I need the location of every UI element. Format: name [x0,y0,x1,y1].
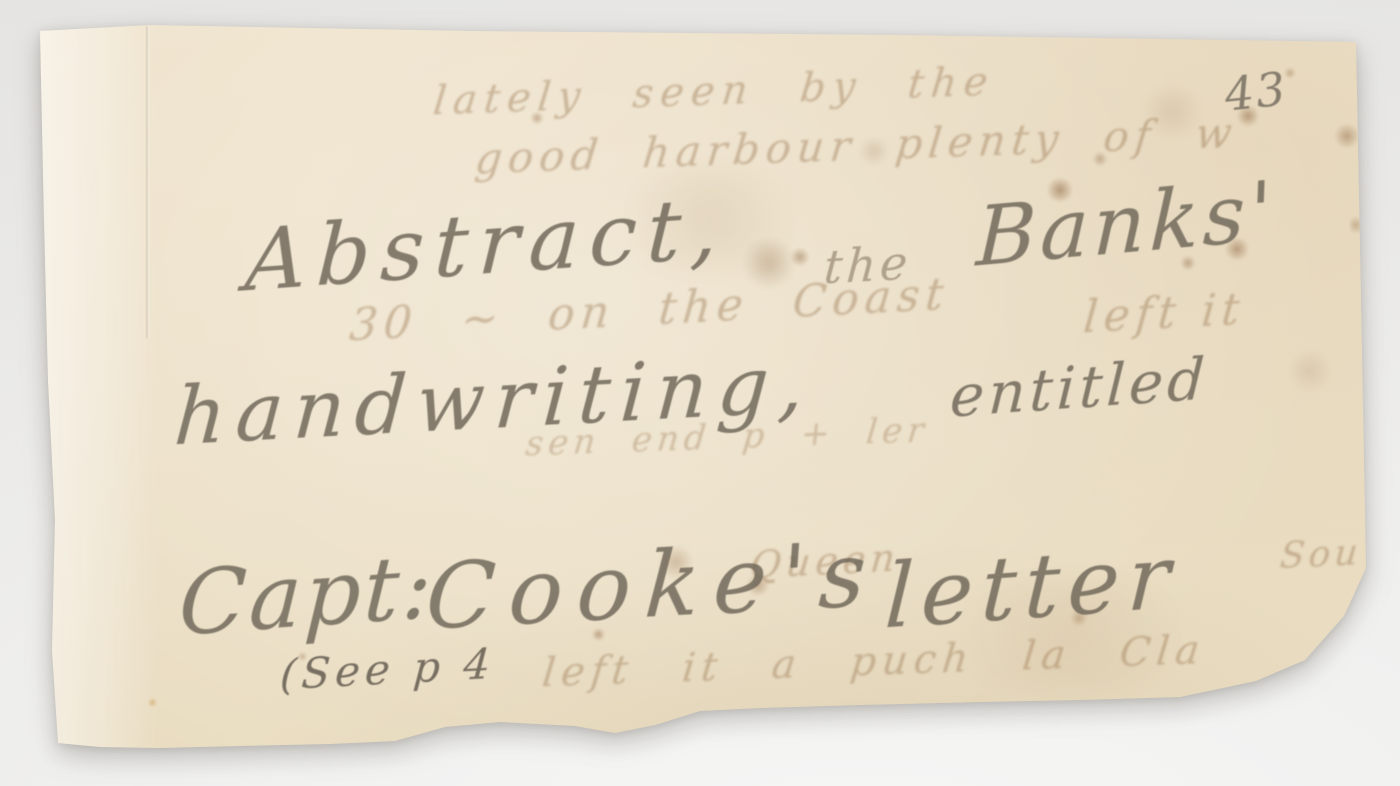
foxing-stain [1288,352,1332,390]
foxing-stain [858,138,890,164]
pencil-word-letter: letter [883,525,1181,649]
paper-surface: lately seen by the good harbour plenty o… [0,0,1400,786]
manuscript-scrap: lately seen by the good harbour plenty o… [0,0,1400,786]
pencil-word-capt: Capt: [177,534,438,655]
foxing-stain [1334,124,1360,148]
pencil-word-banks: Banks' [975,164,1277,286]
bleedthrough-fragment: Sou [1278,532,1363,578]
photo-backdrop: lately seen by the good harbour plenty o… [0,0,1400,786]
foxing-stain [1092,152,1108,166]
bleedthrough-fragment: good harbour plenty of w [473,107,1241,183]
bleedthrough-fragment: left it [1082,284,1248,344]
pencil-word-the: the [822,235,913,294]
pencil-word-cookes: Cooke's [423,521,884,650]
foxing-stain [530,112,544,124]
foxing-stain [790,248,810,266]
foxing-stain [148,698,157,707]
pencil-page-reference: (See p 4 [279,639,497,700]
bleedthrough-fragment: lately seen by the [431,58,997,124]
page-number-annotation: 43 [1222,61,1290,121]
torn-left-edge-highlight [38,24,160,754]
foxing-stain [1350,214,1362,236]
pencil-word-entitled: entitled [948,344,1210,430]
foxing-stain [742,238,796,288]
vertical-crease [146,26,148,338]
foxing-stain [1140,86,1204,138]
